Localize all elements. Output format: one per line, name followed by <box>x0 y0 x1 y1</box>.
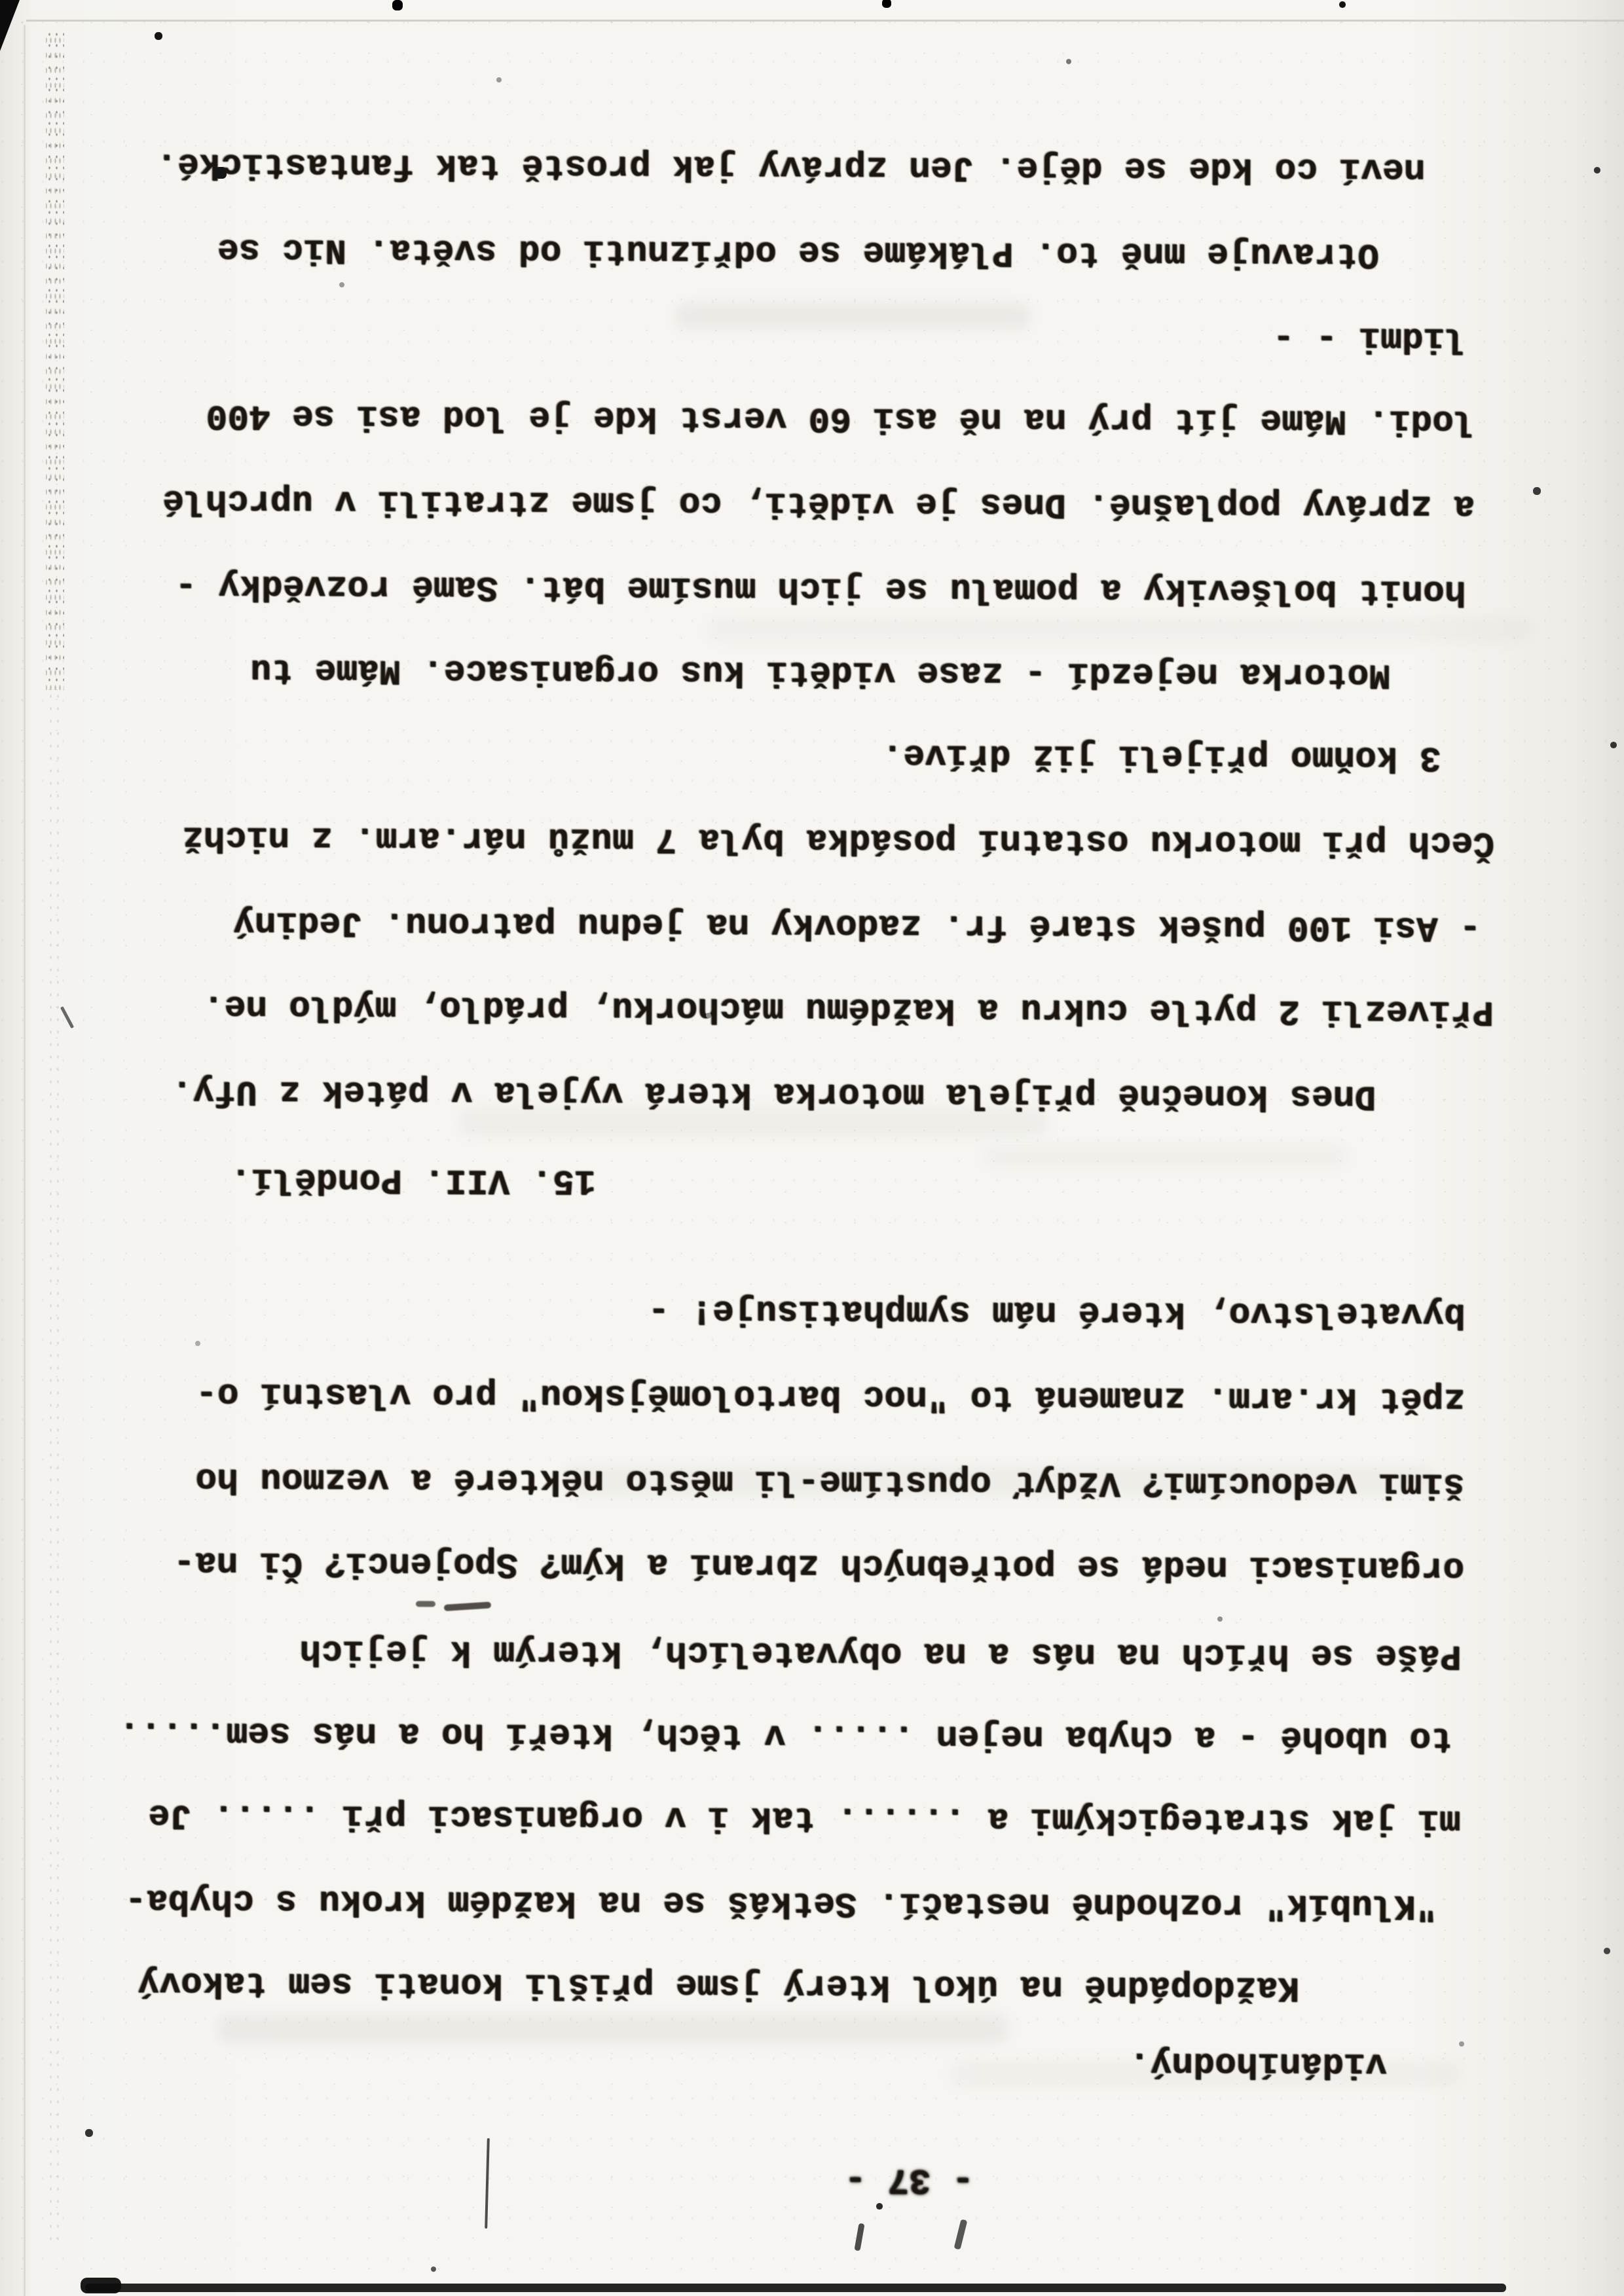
typed-line: to ubohé - a chyba nejen ..... v těch, k… <box>119 1712 1452 1758</box>
typed-document-rotated-180: - 37 - vidáníhodný. Každopádně na úkol k… <box>0 0 1624 2296</box>
typed-line: Dnes konečně přijela motorka která vyjel… <box>171 1071 1376 1116</box>
typed-line: Páše se hřích na nás a na obyvatelích, k… <box>299 1631 1461 1676</box>
typed-line: "Klubík" rozhodně nestačí. Setkáš se na … <box>125 1880 1437 1925</box>
typed-line: šimi vedoucími? Vždyť opustíme-li město … <box>195 1459 1465 1504</box>
typed-line: lidmi - - <box>1273 318 1467 358</box>
paper-edge-crease <box>24 25 26 2296</box>
typed-line: honit bolševiky a pomalu se jich musíme … <box>175 566 1466 611</box>
paper-edge-crease <box>26 20 1624 22</box>
typed-line: neví co kde se děje. Jen zprávy jak pros… <box>156 144 1426 189</box>
typed-line: Přivezli 2 pytle cukru a každému máchork… <box>202 986 1494 1032</box>
stray-ink-dash <box>416 1601 435 1607</box>
dust-specks <box>0 0 3 3</box>
typed-line: organisaci nedá se potřebných zbraní a k… <box>174 1542 1465 1588</box>
scanned-page: - 37 - vidáníhodný. Každopádně na úkol k… <box>0 0 1624 2296</box>
typed-line: 3 koňmo přijeli již dříve. <box>881 735 1441 777</box>
left-margin-dirt-column <box>46 29 64 690</box>
typed-line: Motorka nejezdí - zase viděti kus organi… <box>250 649 1391 695</box>
entry-date-line: 15. VII. Pondělí. <box>230 1159 596 1200</box>
typed-line: vidáníhodný. <box>1129 2043 1388 2084</box>
typed-line: lodi. Máme jít prý na ně asi 60 verst kd… <box>206 395 1475 441</box>
typed-line: zpět kr.arm. znamená to "noc bartolomějs… <box>196 1374 1466 1419</box>
typed-line: byvatelstvo, které nám symphatisuje! - <box>648 1290 1466 1334</box>
typed-line: - Asi 100 pušek staré fr. zadovky na jed… <box>233 902 1481 947</box>
typed-line: Otravuje mně to. Plákáme se odříznuti od… <box>217 229 1379 274</box>
scan-bottom-edge-blob <box>81 2278 121 2293</box>
scan-bottom-edge-line <box>85 2284 1506 2292</box>
left-margin-dirt-column <box>47 690 63 2248</box>
page-number: - 37 - <box>845 2159 974 2200</box>
typed-line: Každopádně na úkol který jsme přišli kon… <box>138 1963 1299 2008</box>
typed-line: a zprávy poplašné. Dnes je viděti, co js… <box>162 481 1475 526</box>
typed-line: Čech při motorku ostatní posádka byla 7 … <box>182 817 1494 863</box>
stray-ink-dash <box>444 1601 491 1611</box>
typed-line: mi jak strategickými a ...... tak i v or… <box>148 1795 1460 1841</box>
